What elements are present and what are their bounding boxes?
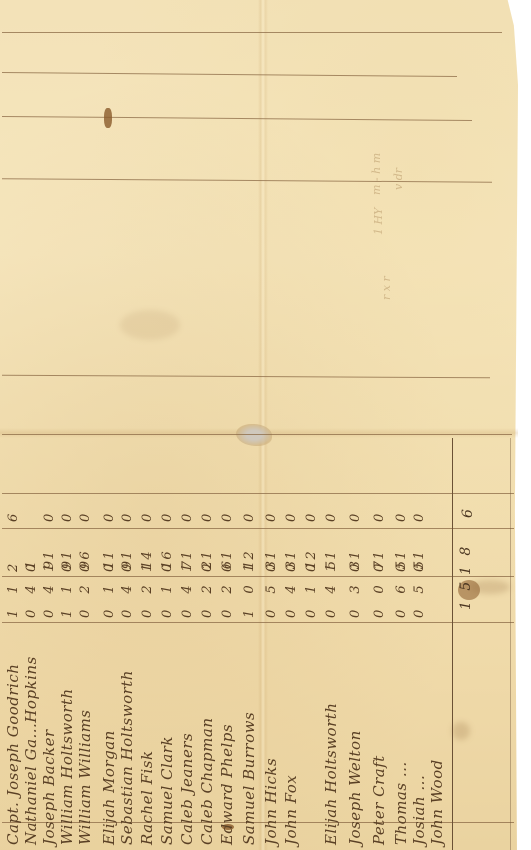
entry-col3: 0 (42, 514, 57, 522)
entry-pence: 1 2 (242, 551, 257, 572)
entry-col3: 0 (394, 514, 409, 522)
entry-pence: 0 (24, 564, 39, 572)
entry-col3: 0 (102, 514, 117, 522)
ruled-line (2, 493, 514, 494)
entry-pence: 0 6 (160, 551, 175, 572)
entry-col3: 0 (264, 514, 279, 522)
entry-name: Joseph Backer (40, 729, 58, 845)
stain (452, 722, 470, 740)
entry-name: Joseph Welton (346, 730, 364, 845)
entry-col3: 0 (412, 514, 427, 522)
faint-text: 1 HY (372, 208, 385, 235)
entry-pence: 1 1 (42, 551, 57, 572)
entry-pence: 0 1 (120, 551, 135, 572)
entry-pence: 0 1 (394, 551, 409, 572)
entry-name: Elijah Holtsworth (322, 703, 340, 845)
entry-name: Caleb Chapman (198, 718, 216, 845)
entry-col3: 0 (160, 514, 175, 522)
total-col3: 6 (460, 506, 476, 518)
entry-name: William Holtsworth (58, 688, 76, 845)
entry-col3: 0 (372, 514, 387, 522)
entry-name: Thomas ... (392, 761, 410, 845)
entry-col3: 0 (78, 514, 93, 522)
entry-name: John Wood (428, 759, 446, 845)
entry-pence: 0 1 (412, 551, 427, 572)
entry-name: Samuel Burrows (240, 712, 258, 845)
entry-name: Rachel Fisk (138, 750, 156, 845)
entry-col3: 0 (284, 514, 299, 522)
entry-col3: 0 (180, 514, 195, 522)
entry-pence: 0 1 (264, 551, 279, 572)
entry-col3: 0 (304, 514, 319, 522)
ink-blot (104, 108, 112, 128)
entry-name: Samuel Clark (158, 736, 176, 845)
page-edge-line (510, 438, 511, 850)
entry-pence: 2 (6, 564, 21, 572)
ruled-line (2, 32, 502, 33)
entry-pence: 0 2 (304, 551, 319, 572)
entry-name: John Hicks (262, 758, 280, 845)
entry-col3: 0 (200, 514, 215, 522)
stain (470, 580, 510, 594)
entry-col3: 0 (324, 514, 339, 522)
entry-col3: 0 (60, 514, 75, 522)
entry-pence: 0 1 (200, 551, 215, 572)
entry-pence: 0 1 (348, 551, 363, 572)
entry-name: Edward Phelps (218, 724, 236, 845)
entry-pence: 0 1 (60, 551, 75, 572)
total-pence: 1 8 (458, 544, 474, 575)
entry-pence: 0 1 (102, 551, 117, 572)
entry-name: Nathaniel Ga...Hopkins (22, 656, 40, 845)
faint-text: r x r (380, 276, 393, 300)
faint-text: m - h m (370, 153, 383, 195)
entry-pence: 0 1 (220, 551, 235, 572)
entry-pence: 0 1 (284, 551, 299, 572)
entry-col3: 0 (242, 514, 257, 522)
entry-pence: 1 4 (140, 551, 155, 572)
entry-pence: 0 1 (372, 551, 387, 572)
entry-name: Elijah Morgan (100, 730, 118, 845)
ruled-line (2, 622, 514, 623)
entry-col3: 0 (120, 514, 135, 522)
entry-amount: 1 1 (6, 579, 21, 618)
entry-name: William Williams (76, 710, 94, 846)
entry-col3: 0 (220, 514, 235, 522)
entry-col3: 6 (6, 514, 21, 522)
ruled-line (2, 434, 512, 435)
entry-name: Peter Craft (370, 755, 388, 845)
total-column-divider (452, 438, 453, 850)
entry-col3: 0 (348, 514, 363, 522)
entry-col3: 0 (140, 514, 155, 522)
entry-pence: 1 1 (324, 551, 339, 572)
entry-name: Capt. Joseph Goodrich (4, 664, 22, 845)
stain (120, 310, 180, 340)
faint-text: v dr (392, 168, 405, 190)
total-amount: 1 5 (458, 579, 474, 610)
entry-pence: 0 6 (78, 551, 93, 572)
entry-name: Josiah ... (410, 775, 428, 845)
entry-name: John Fox (282, 775, 300, 845)
entry-name: Sebastian Holtsworth (118, 670, 136, 845)
entry-pence: 1 1 (180, 551, 195, 572)
ruled-line (2, 528, 514, 529)
entry-name: Caleb Jeaners (178, 733, 196, 845)
